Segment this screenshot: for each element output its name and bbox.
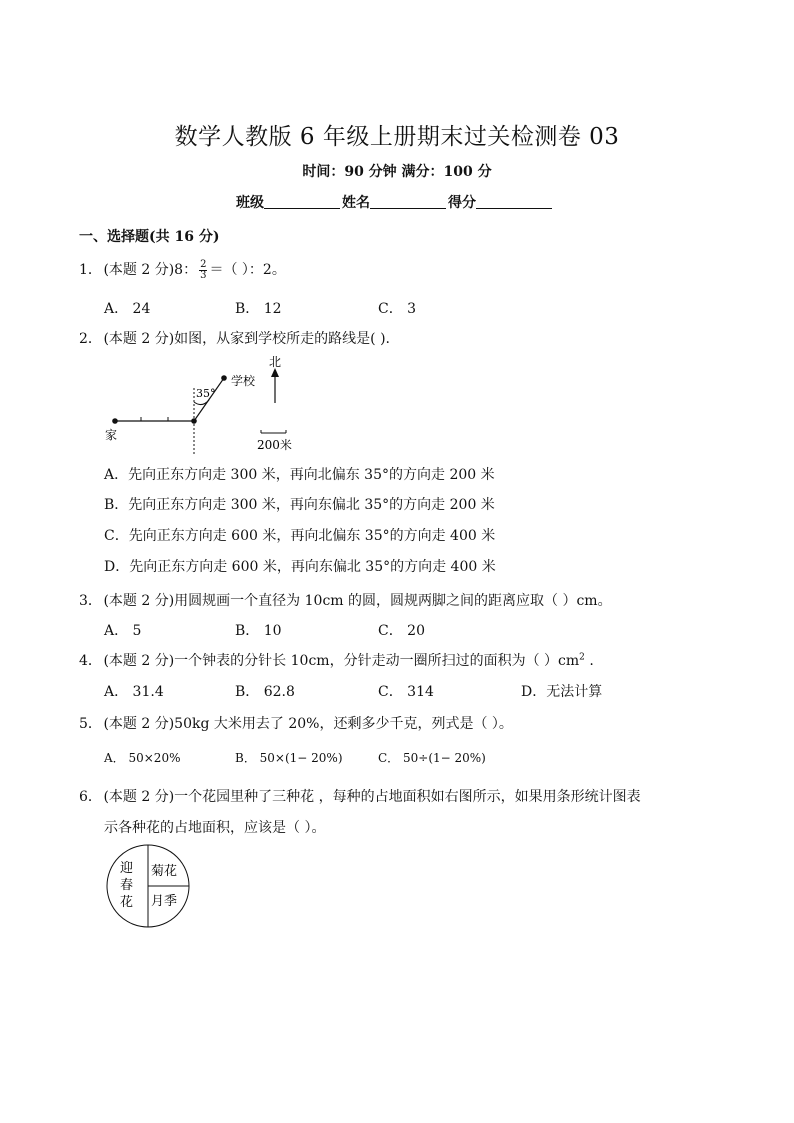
option-text: B． 50×(1− 20%) xyxy=(235,751,343,765)
option-c[interactable]: C． 3 xyxy=(378,298,416,318)
question-number: 6． xyxy=(79,786,99,806)
option-b[interactable]: B． 50×(1− 20%) xyxy=(235,749,343,766)
score-label: 得分 xyxy=(448,195,476,211)
exam-info: 时间：90 分钟 满分：100 分 xyxy=(0,161,794,181)
fraction-numerator: 2 xyxy=(199,260,207,271)
option-a[interactable]: A． 31.4 xyxy=(104,681,164,701)
question-tail: . xyxy=(585,653,594,669)
option-a[interactable]: A．先向正东方向走 300 米，再向北偏东 35°的方向走 200 米 xyxy=(104,464,495,484)
question-number: 5． xyxy=(79,713,99,733)
class-blank[interactable] xyxy=(264,194,340,209)
school-label: 学校 xyxy=(231,373,256,388)
option-a[interactable]: A． 50×20% xyxy=(104,749,180,766)
question-5: 5． (本题 2 分)50kg 大米用去了 20%，还剩多少千克，列式是（ ）。 xyxy=(79,713,513,733)
north-arrow-icon xyxy=(271,368,279,377)
option-text: C． 50÷(1− 20%) xyxy=(378,751,486,765)
fraction: 23 xyxy=(199,260,207,281)
score-blank[interactable] xyxy=(476,194,552,209)
flower-area-pie-diagram: 迎 春 花 菊花 月季 xyxy=(103,844,193,929)
class-label: 班级 xyxy=(236,195,264,211)
option-c[interactable]: C． 20 xyxy=(378,620,425,640)
question-4: 4． (本题 2 分)一个钟表的分针长 10cm，分针走动一圈所扫过的面积为（ … xyxy=(79,650,594,670)
question-1: 1． (本题 2 分)8：23＝（ ）：2。 xyxy=(79,259,286,281)
question-text-suffix: ＝（ ）：2。 xyxy=(209,262,285,278)
option-text: A． 50×20% xyxy=(104,751,180,765)
option-c[interactable]: C． 314 xyxy=(378,681,434,701)
fraction-denominator: 3 xyxy=(199,271,207,281)
north-label: 北 xyxy=(269,355,281,369)
top-right-label: 菊花 xyxy=(151,864,177,879)
question-number: 4． xyxy=(79,650,99,670)
option-b[interactable]: B． 62.8 xyxy=(235,681,295,701)
route-diagram: 35° 学校 家 北 200米 xyxy=(100,350,300,455)
question-number: 2． xyxy=(79,328,99,348)
left-label-2: 春 xyxy=(120,878,133,893)
question-text: (本题 2 分)如图，从家到学校所走的路线是( ). xyxy=(103,331,390,347)
option-c[interactable]: C． 50÷(1− 20%) xyxy=(378,749,486,766)
question-text: (本题 2 分)50kg 大米用去了 20%，还剩多少千克，列式是（ ）。 xyxy=(103,716,512,732)
question-number: 3． xyxy=(79,590,99,610)
left-label-1: 迎 xyxy=(120,861,133,876)
question-text: (本题 2 分)一个钟表的分针长 10cm，分针走动一圈所扫过的面积为（ ）cm xyxy=(103,653,579,669)
question-text: (本题 2 分)一个花园里种了三种花 ，每种的占地面积如右图所示，如果用条形统计… xyxy=(103,789,640,805)
section-title: 一、选择题(共 16 分) xyxy=(79,226,219,246)
bottom-right-label: 月季 xyxy=(151,894,177,909)
option-a[interactable]: A． 24 xyxy=(104,298,150,318)
option-b[interactable]: B． 12 xyxy=(235,298,282,318)
question-3: 3． (本题 2 分)用圆规画一个直径为 10cm 的圆，圆规两脚之间的距离应取… xyxy=(79,590,612,610)
left-label-3: 花 xyxy=(120,895,133,910)
question-2: 2． (本题 2 分)如图，从家到学校所走的路线是( ). xyxy=(79,328,390,348)
option-d[interactable]: D．无法计算 xyxy=(521,681,602,701)
option-d[interactable]: D．先向正东方向走 600 米，再向东偏北 35°的方向走 400 米 xyxy=(104,556,496,576)
name-blank[interactable] xyxy=(370,194,446,209)
question-number: 1． xyxy=(79,259,99,279)
option-a[interactable]: A． 5 xyxy=(104,620,141,640)
student-info-line: 班级姓名得分 xyxy=(236,192,554,212)
home-label: 家 xyxy=(105,427,117,442)
page-title: 数学人教版 6 年级上册期末过关检测卷 03 xyxy=(0,118,794,151)
question-6-continued: 示各种花的占地面积，应该是（ ）。 xyxy=(104,817,325,837)
scale-label: 200米 xyxy=(257,437,292,452)
option-b[interactable]: B．先向正东方向走 300 米，再向东偏北 35°的方向走 200 米 xyxy=(104,494,495,514)
angle-label: 35° xyxy=(196,387,216,400)
question-text: (本题 2 分)用圆规画一个直径为 10cm 的圆，圆规两脚之间的距离应取（ ）… xyxy=(103,593,611,609)
question-6: 6． (本题 2 分)一个花园里种了三种花 ，每种的占地面积如右图所示，如果用条… xyxy=(79,786,641,806)
question-text: (本题 2 分)8： xyxy=(103,262,197,278)
name-label: 姓名 xyxy=(342,195,370,211)
option-c[interactable]: C．先向正东方向走 600 米，再向北偏东 35°的方向走 400 米 xyxy=(104,525,495,545)
option-b[interactable]: B． 10 xyxy=(235,620,282,640)
